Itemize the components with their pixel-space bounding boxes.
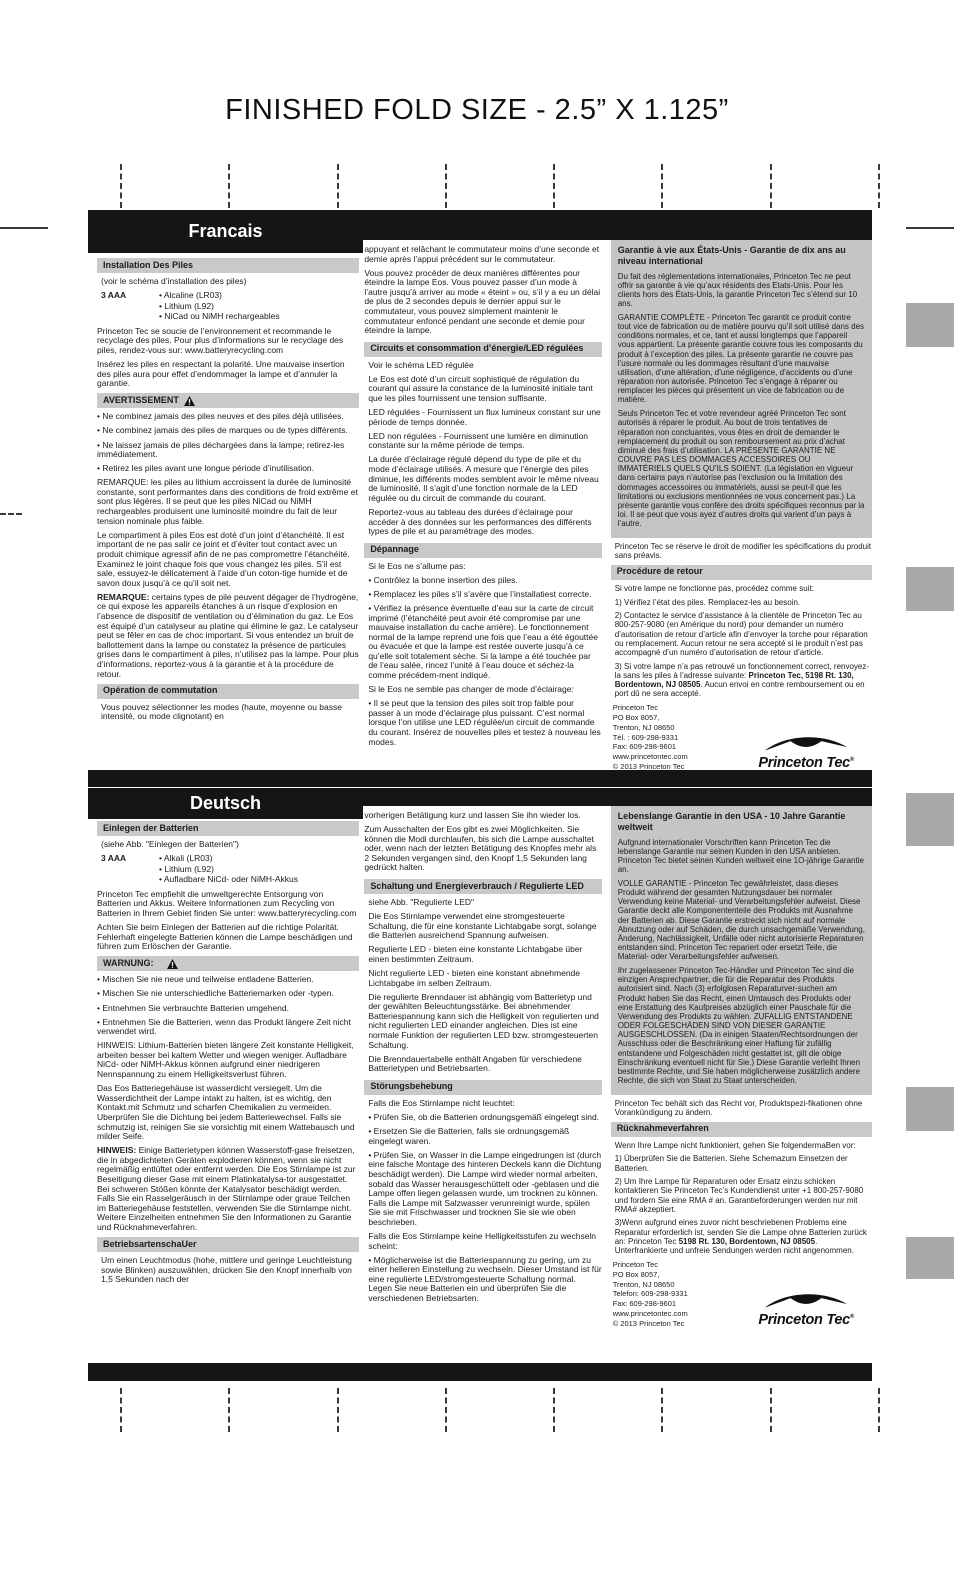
paragraph: La durée d’éclairage régulé dépend du ty… — [368, 455, 601, 503]
paragraph: Vous pouvez procéder de deux manières di… — [364, 269, 601, 336]
section-header-depannage: Dépannage — [364, 543, 601, 558]
paragraph: Um einen Leuchtmodus (hohe, mittlere und… — [101, 1256, 359, 1285]
battery-count-label: 3 AAA — [97, 291, 159, 323]
warranty-title: Lebenslange Garantie in den USA - 10 Jah… — [618, 811, 865, 834]
paragraph: • Vérifiez la présence éventuelle d’eau … — [368, 604, 601, 681]
paragraph: GARANTIE COMPLÈTE - Princeton Tec garant… — [618, 313, 865, 405]
paragraph: • Entnehmen Sie verbrauchte Batterien um… — [97, 1004, 359, 1014]
paragraph: • Möglicherweise ist die Batteriespannun… — [368, 1256, 601, 1304]
paragraph: • Lithium (L92) — [159, 865, 298, 875]
fold-mark — [120, 164, 122, 208]
paragraph: LED non régulées - Fournissent une lumiè… — [368, 432, 601, 451]
logo-swoosh-icon — [760, 1287, 852, 1311]
paragraph: Voir le schéma LED régulée — [368, 361, 601, 371]
paragraph: appuyant et relâchant le commutateur moi… — [364, 245, 601, 264]
paragraph: siehe Abb. "Regulierte LED" — [368, 898, 601, 908]
paragraph: • Mischen Sie nie unterschiedliche Batte… — [97, 989, 359, 999]
fold-mark — [337, 1388, 339, 1432]
language-header-deutsch: Deutsch — [88, 788, 363, 819]
paragraph: Aufgrund internationaler Vorschriften ka… — [618, 838, 865, 875]
fold-mark — [228, 1388, 230, 1432]
fold-mark — [120, 1388, 122, 1432]
paragraph: Die regulierte Brenndauer ist abhängig v… — [368, 993, 601, 1051]
paragraph: REMARQUE: certains types de pile peuvent… — [97, 593, 359, 679]
paragraph: Das Eos Batteriegehäuse ist wasserdicht … — [97, 1084, 359, 1142]
paragraph: Wenn Ihre Lampe nicht funktioniert, gehe… — [615, 1141, 872, 1150]
paragraph: 3) Si votre lampe n’a pas retrouvé un fo… — [615, 662, 872, 699]
warranty-block: Garantie à vie aux États-Unis - Garantie… — [611, 240, 872, 538]
section-header-einlegen: Einlegen der Batterien — [97, 821, 359, 836]
section-header-label: Dépannage — [370, 545, 419, 555]
paragraph: Zum Ausschalten der Eos gibt es zwei Mög… — [364, 825, 601, 873]
paragraph: HINWEIS: Lithium-Batterien bieten länger… — [97, 1041, 359, 1079]
language-header-francais: Francais — [88, 210, 363, 253]
fold-mark — [770, 164, 772, 208]
installation-paragraphs: Princeton Tec se soucie de l’environneme… — [97, 327, 359, 389]
panel-francais: Francais Installation Des Piles (voir le… — [88, 210, 872, 787]
switching-paragraphs: vorherigen Betätigung kurz und lassen Si… — [364, 811, 601, 873]
section-header-warnung: WARNUNG: — [97, 956, 359, 971]
fold-mark — [553, 164, 555, 208]
warning-paragraphs: • Mischen Sie nie neue und teilweise ent… — [97, 975, 359, 1232]
paragraph: Achten Sie beim Einlegen der Batterien a… — [97, 923, 359, 952]
section-header-installation: Installation Des Piles — [97, 258, 359, 273]
paragraph: Fax: 609-298-9601 — [613, 742, 688, 752]
paragraph: 2) Contactez le service d’assistance à l… — [615, 611, 872, 657]
section-header-label: Rücknahmeverfahren — [617, 1124, 709, 1134]
troubleshooting-paragraphs: Si le Eos ne s’allume pas:• Contrôlez la… — [364, 562, 601, 748]
panel-deutsch: Deutsch Einlegen der Batterien (siehe Ab… — [88, 788, 872, 1381]
fold-mark — [661, 1388, 663, 1432]
logo-swoosh-icon — [760, 730, 852, 754]
warning-paragraphs: • Ne combinez jamais des piles neuves et… — [97, 412, 359, 679]
section-header-label: BetriebsartenschaUer — [103, 1240, 197, 1250]
paragraph: • Prüfen Sie, ob die Batterien ordnungsg… — [368, 1113, 601, 1123]
battery-spec: 3 AAA • Alcaline (LR03)• Lithium (L92)• … — [97, 291, 359, 323]
paragraph: Falls die Eos Stirnlampe keine Helligkei… — [368, 1232, 601, 1251]
paragraph: • NiCad ou NiMH rechargeables — [159, 312, 280, 322]
paragraph: • Alkali (LR03) — [159, 854, 298, 864]
paragraph: • Entnehmen Sie die Batterien, wenn das … — [97, 1018, 359, 1037]
paragraph: Seuls Princeton Tec et votre revendeur a… — [618, 409, 865, 528]
spec-change-notice: Princeton Tec se réserve le droit de mod… — [611, 542, 872, 560]
paragraph: PO Box 8057, — [613, 713, 688, 723]
paragraph: • Ne laissez jamais de piles déchargées … — [97, 441, 359, 460]
warranty-paragraphs: Du fait des réglementations internationa… — [618, 272, 865, 529]
paragraph: Die Eos Stirnlampe verwendet eine stromg… — [368, 912, 601, 941]
page-edge-block — [906, 567, 954, 611]
de-column-2: vorherigen Betätigung kurz und lassen Si… — [364, 806, 601, 1363]
section-header-betriebsarten: BetriebsartenschaUer — [97, 1237, 359, 1252]
paragraph: VOLLE GARANTIE - Princeton Tec gewährlei… — [618, 879, 865, 962]
paragraph: Princeton Tec empfiehlt die umweltgerech… — [97, 890, 359, 919]
paragraph: 1) Vérifiez l’état des piles. Remplacez-… — [615, 598, 872, 607]
page-edge-block — [906, 1237, 954, 1279]
de-column-1: Einlegen der Batterien (siehe Abb. "Einl… — [97, 806, 359, 1363]
paragraph: Vous pouvez sélectionner les modes (haut… — [101, 703, 359, 722]
paragraph: Nicht regulierte LED - bieten eine konst… — [368, 969, 601, 988]
fold-mark — [445, 1388, 447, 1432]
paragraph: PO Box 8057, — [613, 1270, 688, 1280]
fold-mark — [553, 1388, 555, 1432]
fr-column-1: Installation Des Piles (voir le schéma d… — [97, 240, 359, 770]
paragraph: Trenton, NJ 08650 — [613, 723, 688, 733]
battery-count-label: 3 AAA — [97, 854, 159, 886]
fold-mark — [906, 227, 954, 229]
footer: Princeton TecPO Box 8057,Trenton, NJ 086… — [611, 1260, 872, 1330]
fold-mark — [0, 227, 48, 229]
page-title: FINISHED FOLD SIZE - 2.5” X 1.125” — [0, 94, 954, 127]
paragraph: Si le Eos ne s’allume pas: — [368, 562, 601, 572]
page-edge-block — [906, 303, 954, 347]
company-address: Princeton TecPO Box 8057,Trenton, NJ 086… — [613, 703, 688, 770]
logo-wordmark: Princeton Tec® — [758, 755, 854, 770]
paragraph: Ihr zugelassener Princeton Tec-Händler u… — [618, 966, 865, 1085]
section-header-retour: Procédure de retour — [611, 565, 872, 580]
warning-icon — [167, 959, 178, 969]
warranty-block: Lebenslange Garantie in den USA - 10 Jah… — [611, 806, 872, 1095]
fold-mark — [228, 164, 230, 208]
section-header-label: Störungsbehebung — [370, 1082, 453, 1092]
return-procedure-paragraphs: Wenn Ihre Lampe nicht funktioniert, gehe… — [611, 1141, 872, 1256]
paragraph: 3)Wenn aufgrund eines zuvor nicht beschr… — [615, 1218, 872, 1255]
fold-mark — [878, 164, 880, 208]
paragraph: Die Brenndauertabelle enthält Angaben fü… — [368, 1055, 601, 1074]
mode-select-paragraphs: Um einen Leuchtmodus (hohe, mittlere und… — [97, 1256, 359, 1285]
section-header-circuits: Circuits et consommation d’énergie/LED r… — [364, 342, 601, 357]
paragraph: Regulierte LED - bieten eine konstante L… — [368, 945, 601, 964]
paragraph: • Alcaline (LR03) — [159, 291, 280, 301]
paragraph: Le Eos est doté d’un circuit sophistiqué… — [368, 375, 601, 404]
logo-wordmark: Princeton Tec® — [758, 1312, 854, 1329]
paragraph: • Prüfen Sie, on Wasser in die Lampe ein… — [368, 1151, 601, 1228]
commutation-paragraphs: Vous pouvez sélectionner les modes (haut… — [97, 703, 359, 722]
paragraph: • Mischen Sie nie neue und teilweise ent… — [97, 975, 359, 985]
warranty-title: Garantie à vie aux États-Unis - Garantie… — [618, 245, 865, 268]
footer: Princeton TecPO Box 8057,Trenton, NJ 086… — [611, 703, 872, 770]
fold-mark — [0, 513, 22, 515]
paragraph: HINWEIS: Einige Batterietypen können Was… — [97, 1146, 359, 1232]
paragraph: Falls die Eos Stirnlampe nicht leuchtet: — [368, 1099, 601, 1109]
circuits-paragraphs: Voir le schéma LED réguléeLe Eos est dot… — [364, 361, 601, 537]
paragraph: Reportez-vous au tableau des durées d’éc… — [368, 508, 601, 537]
paragraph: (voir le schéma d’installation des piles… — [97, 277, 359, 287]
warranty-paragraphs: Aufgrund internationaler Vorschriften ka… — [618, 838, 865, 1086]
section-header-avertissement: AVERTISSEMENT — [97, 393, 359, 408]
section-header-stoerung: Störungsbehebung — [364, 1080, 601, 1095]
section-header-ruecknahme: Rücknahmeverfahren — [611, 1122, 872, 1137]
fold-mark — [661, 164, 663, 208]
paragraph: • Ersetzen Sie die Batterien, falls sie … — [368, 1127, 601, 1146]
paragraph: LED régulées - Fournissent un flux lumin… — [368, 408, 601, 427]
paragraph: Si votre lampe ne fonctionne pas, procéd… — [615, 584, 872, 593]
paragraph: www.princetontec.com — [613, 752, 688, 762]
fold-mark — [878, 1388, 880, 1432]
paragraph: © 2013 Princeton Tec — [613, 762, 688, 770]
paragraph: • Contrôlez la bonne insertion des piles… — [368, 576, 601, 586]
section-header-label: WARNUNG: — [103, 959, 154, 969]
section-header-label: Installation Des Piles — [103, 261, 193, 271]
panel-columns: Installation Des Piles (voir le schéma d… — [88, 240, 872, 770]
princeton-tec-logo: Princeton Tec® — [758, 1287, 854, 1329]
panel-columns: Einlegen der Batterien (siehe Abb. "Einl… — [88, 806, 872, 1363]
troubleshooting-paragraphs: Falls die Eos Stirnlampe nicht leuchtet:… — [364, 1099, 601, 1304]
battery-options: • Alcaline (LR03)• Lithium (L92)• NiCad … — [159, 291, 280, 323]
paragraph: • Ne combinez jamais des piles de marque… — [97, 426, 359, 436]
paragraph: Si le Eos ne semble pas changer de mode … — [368, 685, 601, 695]
paragraph: • Remplacez les piles s’il s’avère que l… — [368, 590, 601, 600]
paragraph: www.princetontec.com — [613, 1309, 688, 1319]
panel-bottom-band — [88, 1363, 872, 1381]
section-header-schaltung: Schaltung und Energieverbrauch / Regulie… — [364, 879, 601, 894]
spec-change-notice: Princeton Tec behält sich das Recht vor,… — [611, 1099, 872, 1117]
company-address: Princeton TecPO Box 8057,Trenton, NJ 086… — [613, 1260, 688, 1328]
paragraph: • Lithium (L92) — [159, 302, 280, 312]
paragraph: REMARQUE: les piles au lithium accroisse… — [97, 478, 359, 526]
paragraph: Telefon: 609-298-9331 — [613, 1289, 688, 1299]
paragraph: Le compartiment à piles Eos est doté d’u… — [97, 531, 359, 589]
fold-mark — [770, 1388, 772, 1432]
paragraph: Tél. : 609-298-9331 — [613, 733, 688, 743]
princeton-tec-logo: Princeton Tec® — [758, 730, 854, 770]
paragraph: • Aufladbare NiCd- oder NiMH-Akkus — [159, 875, 298, 885]
de-column-3: Lebenslange Garantie in den USA - 10 Jah… — [611, 806, 872, 1363]
paragraph: © 2013 Princeton Tec — [613, 1319, 688, 1329]
paragraph: Fax: 609-298-9601 — [613, 1299, 688, 1309]
section-header-commutation: Opération de commutation — [97, 684, 359, 699]
battery-options: • Alkali (LR03)• Lithium (L92)• Aufladba… — [159, 854, 298, 886]
fold-mark — [337, 164, 339, 208]
fr-column-2: appuyant et relâchant le commutateur moi… — [364, 240, 601, 770]
paragraph: Princeton Tec — [613, 703, 688, 713]
page-edge-block — [906, 1087, 954, 1131]
paragraph: (siehe Abb. "Einlegen der Batterien") — [97, 840, 359, 850]
paragraph: 2) Um Ihre Lampe für Reparaturen oder Er… — [615, 1177, 872, 1214]
panel-bottom-band — [88, 770, 872, 787]
switching-paragraphs: appuyant et relâchant le commutateur moi… — [364, 245, 601, 336]
section-header-label: AVERTISSEMENT — [103, 396, 179, 406]
section-header-label: Schaltung und Energieverbrauch / Regulie… — [370, 882, 584, 892]
section-header-label: Procédure de retour — [617, 567, 703, 577]
return-procedure-paragraphs: Si votre lampe ne fonctionne pas, procéd… — [611, 584, 872, 699]
section-header-label: Einlegen der Batterien — [103, 824, 199, 834]
paragraph: Trenton, NJ 08650 — [613, 1280, 688, 1290]
circuits-paragraphs: siehe Abb. "Regulierte LED"Die Eos Stirn… — [364, 898, 601, 1074]
warning-icon — [184, 396, 195, 406]
paragraph: Du fait des réglementations internationa… — [618, 272, 865, 309]
paragraph: Insérez les piles en respectant la polar… — [97, 360, 359, 389]
paragraph: vorherigen Betätigung kurz und lassen Si… — [364, 811, 601, 821]
paragraph: Princeton Tec — [613, 1260, 688, 1270]
section-header-label: Circuits et consommation d’énergie/LED r… — [370, 344, 583, 354]
installation-paragraphs: Princeton Tec empfiehlt die umweltgerech… — [97, 890, 359, 952]
paragraph: • Ne combinez jamais des piles neuves et… — [97, 412, 359, 422]
paragraph: • Retirez les piles avant une longue pér… — [97, 464, 359, 474]
paragraph: • Il se peut que la tension des piles so… — [368, 699, 601, 747]
page-edge-block — [906, 793, 954, 846]
battery-spec: 3 AAA • Alkali (LR03)• Lithium (L92)• Au… — [97, 854, 359, 886]
fold-mark — [445, 164, 447, 208]
fr-column-3: Garantie à vie aux États-Unis - Garantie… — [611, 240, 872, 770]
section-header-label: Opération de commutation — [103, 686, 218, 696]
paragraph: 1) Überprüfen Sie die Batterien. Siehe S… — [615, 1154, 872, 1172]
paragraph: Princeton Tec se soucie de l’environneme… — [97, 327, 359, 356]
